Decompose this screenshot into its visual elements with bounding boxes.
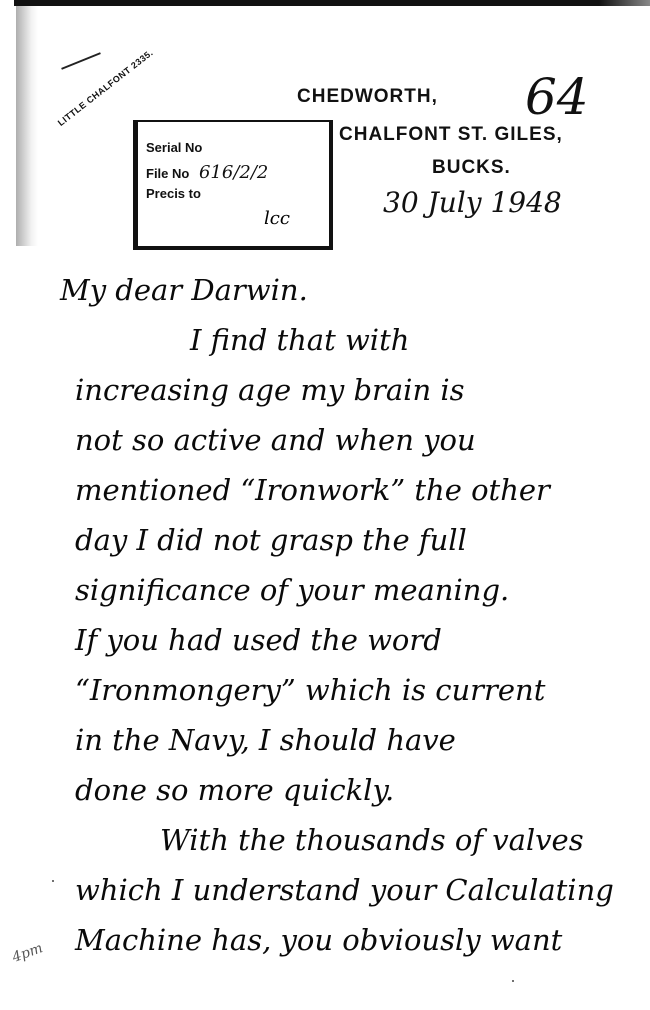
body-line: day I did not grasp the full [60, 515, 630, 565]
pen-mark [61, 52, 101, 70]
body-line: done so more quickly. [60, 765, 630, 815]
stamp-serial-label: Serial No [146, 140, 202, 155]
letterhead-address-line-3: BUCKS. [432, 157, 511, 179]
stamp-file-row: File No 616/2/2 [146, 162, 268, 183]
scan-top-edge [14, 0, 650, 6]
margin-annotation: 4pm [10, 940, 45, 966]
body-line: increasing age my brain is [60, 365, 630, 415]
letter-body: My dear Darwin. I find that with increas… [60, 265, 630, 965]
letterhead-address-line-1: CHEDWORTH, [297, 86, 438, 108]
scan-speck [52, 880, 54, 882]
letterhead-address-line-2: CHALFONT ST. GILES, [339, 124, 563, 146]
stamp-file-value: 616/2/2 [199, 162, 268, 183]
letterhead-phone: LITTLE CHALFONT 2335. [56, 47, 155, 128]
folio-number: 64 [525, 68, 589, 126]
stamp-serial-row: Serial No [146, 136, 208, 157]
body-line: which I understand your Calculating [60, 865, 630, 915]
body-line: significance of your meaning. [60, 565, 630, 615]
body-line: not so active and when you [60, 415, 630, 465]
body-line: in the Navy, I should have [60, 715, 630, 765]
scan-left-shadow [16, 6, 38, 246]
body-line: I find that with [60, 315, 630, 365]
body-line: mentioned “Ironwork” the other [60, 465, 630, 515]
body-line: If you had used the word [60, 615, 630, 665]
body-line: With the thousands of valves [60, 815, 630, 865]
body-line: “Ironmongery” which is current [60, 665, 630, 715]
stamp-precis-value: lcc [264, 208, 290, 229]
stamp-precis-label: Precis to [146, 186, 201, 201]
scan-speck [512, 980, 514, 982]
letter-date: 30 July 1948 [383, 186, 562, 219]
file-stamp: Serial No File No 616/2/2 Precis to lcc [133, 120, 333, 250]
stamp-file-label: File No [146, 166, 189, 181]
body-line: Machine has, you obviously want [60, 915, 630, 965]
stamp-precis-row: Precis to [146, 186, 201, 201]
salutation: My dear Darwin. [60, 265, 630, 315]
